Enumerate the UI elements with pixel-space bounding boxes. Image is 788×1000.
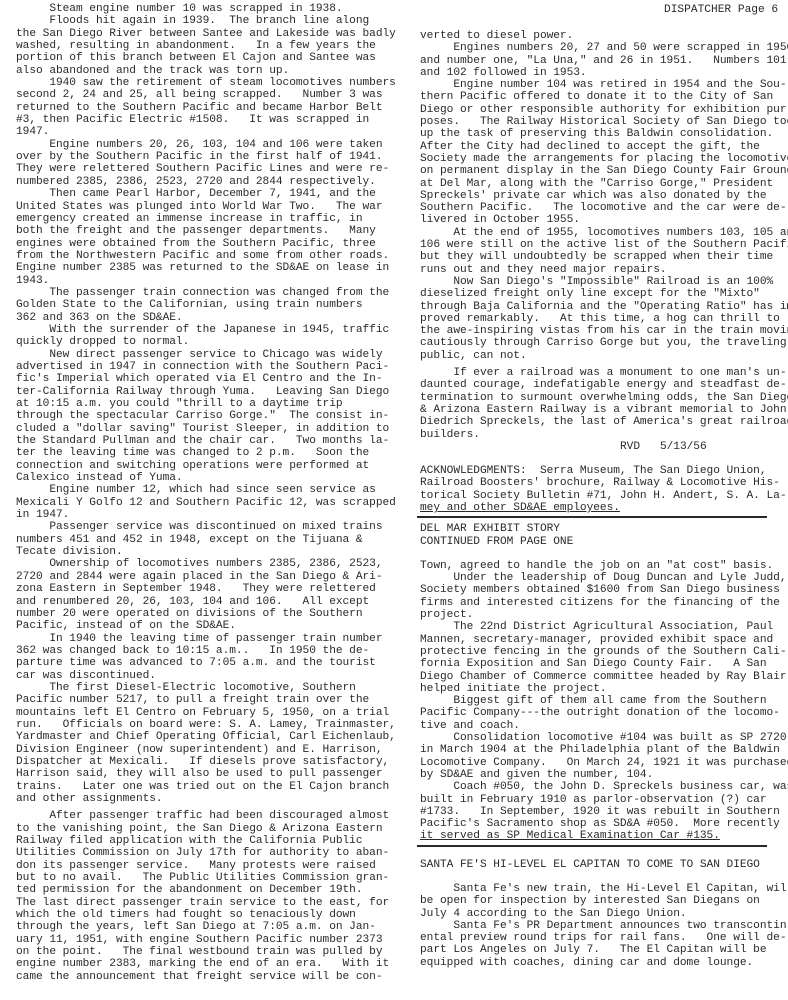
text-line: Passenger service was discontinued on mi… <box>16 521 386 533</box>
text-line: 362 was changed back to 10:15 a.m.. In 1… <box>16 645 386 657</box>
text-line: on permanent display in the San Diego Co… <box>420 165 784 177</box>
text-line: Santa Fe's PR Department announces two t… <box>420 920 784 932</box>
text-line: engine number 2383, marking the end of a… <box>16 958 386 970</box>
right-article-body: verted to diesel power. Engines numbers … <box>420 30 784 362</box>
text-line: parture time was advanced to 7:05 a.m. a… <box>16 657 386 669</box>
text-line: With the surrender of the Japanese in 19… <box>16 324 386 336</box>
text-line: numbered 2385, 2386, 2523, 2720 and 2844… <box>16 176 386 188</box>
text-line: over by the Southern Pacific in the firs… <box>16 151 386 163</box>
text-line: Railroad Boosters' brochure, Railway & L… <box>420 477 784 489</box>
text-line: project. <box>420 609 784 621</box>
text-line: Division Engineer (now superintendent) a… <box>16 744 386 756</box>
right-column: verted to diesel power. Engines numbers … <box>420 30 784 969</box>
text-line: Ownership of locomotives numbers 2385, 2… <box>16 558 386 570</box>
text-line: 1947. <box>16 126 386 138</box>
text-line: Society members obtained $1600 from San … <box>420 584 784 596</box>
text-line: Engines numbers 20, 27 and 50 were scrap… <box>420 42 784 54</box>
text-line: 106 were still on the active list of the… <box>420 239 784 251</box>
text-line: Golden State to the Californian, using t… <box>16 299 386 311</box>
text-line: Floods hit again in 1939. The branch lin… <box>16 15 386 27</box>
text-line: from the Northwestern Pacific and some f… <box>16 250 386 262</box>
text-line: Pacific's Sacramento shop as SD&A #050. … <box>420 818 784 830</box>
text-line: ter the leaving time was changed to 2 p.… <box>16 447 386 459</box>
text-line: verted to diesel power. <box>420 30 784 42</box>
text-line: Pacific number 5217, to pull a freight t… <box>16 694 386 706</box>
text-line: it served as SP Medical Examination Car … <box>420 830 784 842</box>
del-mar-subheading: CONTINUED FROM PAGE ONE <box>420 536 784 548</box>
text-line: number 20 were operated on divisions of … <box>16 608 386 620</box>
text-line: uary 11, 1951, with engine Southern Paci… <box>16 934 386 946</box>
text-line: fornia Exposition and San Diego County F… <box>420 658 784 670</box>
text-line: advertised in 1947 in connection with th… <box>16 361 386 373</box>
text-line: poses. The Railway Historical Society of… <box>420 116 784 128</box>
text-line: New direct passenger service to Chicago … <box>16 349 386 361</box>
text-line: also abandoned and the track was torn up… <box>16 65 386 77</box>
text-line: but to no avail. The Public Utilities Co… <box>16 872 386 884</box>
text-line: trains. Later one was tried out on the E… <box>16 781 386 793</box>
text-line: thern Pacific offered to donate it to th… <box>420 91 784 103</box>
text-line: dieselized freight only line except for … <box>420 288 784 300</box>
text-line: mey and other SD&AE employees. <box>420 502 784 514</box>
text-line: Under the leadership of Doug Duncan and … <box>420 572 784 584</box>
text-line: Tecate division. <box>16 546 386 558</box>
text-line: Now San Diego's "Impossible" Railroad is… <box>420 276 784 288</box>
text-line: Diego or other responsible authority for… <box>420 104 784 116</box>
text-line: through the spectacular Carriso Gorge." … <box>16 410 386 422</box>
text-line: at Del Mar, along with the "Carriso Gorg… <box>420 178 784 190</box>
text-line: don its passenger service. Many protests… <box>16 860 386 872</box>
text-line: part Los Angeles on July 7. The El Capit… <box>420 944 784 956</box>
text-line: Locomotive Company. On March 24, 1921 it… <box>420 757 784 769</box>
text-line: Biggest gift of them all came from the S… <box>420 695 784 707</box>
text-line: #1733. In September, 1920 it was rebuilt… <box>420 806 784 818</box>
text-line: zona Eastern in September 1948. They wer… <box>16 583 386 595</box>
text-line: At the end of 1955, locomotives numbers … <box>420 227 784 239</box>
text-line: in 1947. <box>16 509 386 521</box>
text-line: Spreckels' private car which was also do… <box>420 190 784 202</box>
text-line: Pacific Company---the outright donation … <box>420 707 784 719</box>
page-header: DISPATCHER Page 6 <box>664 4 784 17</box>
text-line: by SD&AE and given the number, 104. <box>420 769 784 781</box>
text-line: connection and switching operations were… <box>16 460 386 472</box>
santa-fe-heading: SANTA FE'S HI-LEVEL EL CAPITAN TO COME T… <box>420 859 784 871</box>
text-line: In 1940 the leaving time of passenger tr… <box>16 633 386 645</box>
text-line: Then came Pearl Harbor, December 7, 1941… <box>16 188 386 200</box>
text-line: July 4 according to the San Diego Union. <box>420 908 784 920</box>
text-line: and 102 followed in 1953. <box>420 67 784 79</box>
text-line: Santa Fe's new train, the Hi-Level El Ca… <box>420 883 784 895</box>
text-line: the awe-inspiring vistas from his car in… <box>420 325 784 337</box>
text-line: torical Society Bulletin #71, John H. An… <box>420 490 784 502</box>
text-line: Town, agreed to handle the job on an "at… <box>420 560 784 572</box>
del-mar-heading: DEL MAR EXHIBIT STORY <box>420 523 784 535</box>
text-line: car was discontinued. <box>16 670 386 682</box>
text-line: cautiously through Carriso Gorge but you… <box>420 337 784 349</box>
text-line: second 2, 24 and 25, all being scrapped.… <box>16 89 386 101</box>
text-line: If ever a railroad was a monument to one… <box>420 367 784 379</box>
text-line: The last direct passenger train service … <box>16 897 386 909</box>
text-line: be open for inspection by interested San… <box>420 895 784 907</box>
text-line: returned to the Southern Pacific and bec… <box>16 102 386 114</box>
text-line: through the years, left San Diego at 7:0… <box>16 921 386 933</box>
santa-fe-story-body: Santa Fe's new train, the Hi-Level El Ca… <box>420 883 784 969</box>
text-line: which the old timers had fought so tenac… <box>16 909 386 921</box>
text-line: on the point. The final westbound train … <box>16 946 386 958</box>
text-line: but they will undoubtedly be scrapped wh… <box>420 251 784 263</box>
text-line: Mexicali Y Golfo 12 and Southern Pacific… <box>16 497 386 509</box>
text-line: termination to surmount overwhelming odd… <box>420 392 784 404</box>
text-line: and number one, "La Una," and 26 in 1951… <box>420 55 784 67</box>
text-line: Yardmaster and Chief Operating Official,… <box>16 731 386 743</box>
text-line: The 22nd District Agricultural Associati… <box>420 621 784 633</box>
text-line: Calexico instead of Yuma. <box>16 472 386 484</box>
left-article-continued: After passenger traffic had been discour… <box>16 810 386 983</box>
text-line: firms and interested citizens for the fi… <box>420 597 784 609</box>
del-mar-story-body: Town, agreed to handle the job on an "at… <box>420 560 784 843</box>
text-line: ental preview round trips for rail fans.… <box>420 932 784 944</box>
newsletter-page: DISPATCHER Page 6 Steam engine number 10… <box>0 0 788 1000</box>
text-line: fic's Imperial which operated via El Cen… <box>16 373 386 385</box>
text-line: to the vanishing point, the San Diego & … <box>16 823 386 835</box>
text-line: 362 and 363 on the SD&AE. <box>16 312 386 324</box>
text-line: Harrison said, they will also be used to… <box>16 768 386 780</box>
text-line: and other assignments. <box>16 793 386 805</box>
text-line: After the City had declined to accept th… <box>420 141 784 153</box>
text-line: The passenger train connection was chang… <box>16 287 386 299</box>
text-line: Southern Pacific. The locomotive and the… <box>420 202 784 214</box>
text-line: protective fencing in the grounds of the… <box>420 646 784 658</box>
text-line: Dispatcher at Mexicali. If diesels prove… <box>16 756 386 768</box>
text-line: ACKNOWLEDGMENTS: Serra Museum, The San D… <box>420 465 784 477</box>
text-line: at 10:15 a.m. you could "thrill to a day… <box>16 398 386 410</box>
text-line: proved remarkably. At this time, a hog c… <box>420 313 784 325</box>
text-line: The first Diesel-Electric locomotive, So… <box>16 682 386 694</box>
text-line: mountains left El Centro on February 5, … <box>16 707 386 719</box>
text-line: and renumbered 20, 26, 103, 104 and 106.… <box>16 596 386 608</box>
text-line: After passenger traffic had been discour… <box>16 810 386 822</box>
left-column: Steam engine number 10 was scrapped in 1… <box>16 3 386 983</box>
text-line: runs out and they need major repairs. <box>420 264 784 276</box>
text-line: Diedrich Spreckels, the last of America'… <box>420 416 784 428</box>
text-line: came the announcement that freight servi… <box>16 971 386 983</box>
text-line: helped initiate the project. <box>420 683 784 695</box>
text-line: Utilities Commission on July 17th for au… <box>16 847 386 859</box>
text-line: built in February 1910 as parlor-observa… <box>420 794 784 806</box>
text-line: Engine number 12, which had since seen s… <box>16 484 386 496</box>
text-line: both the freight and the passenger depar… <box>16 225 386 237</box>
text-line: Consolidation locomotive #104 was built … <box>420 732 784 744</box>
text-line: Engine numbers 20, 26, 103, 104 and 106 … <box>16 139 386 151</box>
text-line: & Arizona Eastern Railway is a vibrant m… <box>420 404 784 416</box>
text-line: Society made the arrangements for placin… <box>420 153 784 165</box>
text-line: Engine number 2385 was returned to the S… <box>16 262 386 274</box>
text-line: Steam engine number 10 was scrapped in 1… <box>16 3 386 15</box>
text-line: in March 1904 at the Philadelphia plant … <box>420 744 784 756</box>
article-closing-paragraph: If ever a railroad was a monument to one… <box>420 367 784 441</box>
text-line: quickly dropped to normal. <box>16 336 386 348</box>
text-line: numbers 451 and 452 in 1948, except on t… <box>16 534 386 546</box>
text-line: the San Diego River between Santee and L… <box>16 28 386 40</box>
article-signature: RVD 5/13/56 <box>420 441 784 453</box>
left-article-body: Steam engine number 10 was scrapped in 1… <box>16 3 386 805</box>
text-line: public, can not. <box>420 350 784 362</box>
text-line: engines were obtained from the Southern … <box>16 238 386 250</box>
text-line: #3, then Pacific Electric #1508. It was … <box>16 114 386 126</box>
text-line: run. Officials on board were: S. A. Lame… <box>16 719 386 731</box>
text-line: tive and coach. <box>420 720 784 732</box>
acknowledgments: ACKNOWLEDGMENTS: Serra Museum, The San D… <box>420 465 784 514</box>
text-line: ter-California Railway through Yuma. Lea… <box>16 386 386 398</box>
text-line: 1940 saw the retirement of steam locomot… <box>16 77 386 89</box>
text-line: cluded a "dollar saving" Tourist Sleeper… <box>16 423 386 435</box>
text-line: through Baja California and the "Operati… <box>420 301 784 313</box>
text-line: Mannen, secretary-manager, provided exhi… <box>420 634 784 646</box>
text-line: equipped with coaches, dining car and do… <box>420 957 784 969</box>
text-line: washed, resulting in abandonment. In a f… <box>16 40 386 52</box>
text-line: United States was plunged into World War… <box>16 201 386 213</box>
text-line: the Standard Pullman and the chair car. … <box>16 435 386 447</box>
text-line: builders. <box>420 429 784 441</box>
text-line: ted permission for the abandonment on De… <box>16 884 386 896</box>
text-line: daunted courage, indefatigable energy an… <box>420 379 784 391</box>
text-line: They were relettered Southern Pacific Li… <box>16 163 386 175</box>
text-line: portion of this branch between El Cajon … <box>16 52 386 64</box>
text-line: emergency created an immense increase in… <box>16 213 386 225</box>
text-line: livered in October 1955. <box>420 214 784 226</box>
text-line: up the task of preserving this Baldwin c… <box>420 128 784 140</box>
text-line: 2720 and 2844 were again placed in the S… <box>16 571 386 583</box>
text-line: Railway filed application with the Calif… <box>16 835 386 847</box>
text-line: Pacific, instead of on the SD&AE. <box>16 620 386 632</box>
text-line: Engine number 104 was retired in 1954 an… <box>420 79 784 91</box>
text-line: 1943. <box>16 275 386 287</box>
text-line: Diego Chamber of Commerce committee head… <box>420 671 784 683</box>
text-line: Coach #050, the John D. Spreckels busine… <box>420 781 784 793</box>
